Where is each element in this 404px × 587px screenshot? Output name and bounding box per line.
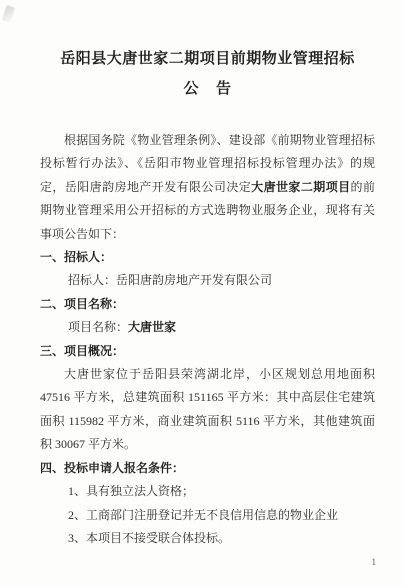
- section-heading-bid-conditions: 四、投标申请人报名条件：: [40, 457, 375, 480]
- bid-condition-item-2: 2、工商部门注册登记并无不良信用信息的物业企业: [40, 504, 375, 527]
- section-project-name: 二、项目名称： 项目名称：大唐世家: [40, 293, 375, 340]
- project-name-value: 大唐世家: [128, 320, 176, 334]
- section-body-bidder: 招标人：岳阳唐韵房地产开发有限公司: [40, 269, 375, 292]
- bid-condition-item-1: 1、具有独立法人资格；: [40, 480, 375, 503]
- scan-artifact: [2, 5, 16, 23]
- project-name-label: 项目名称：: [68, 320, 128, 334]
- intro-project-name-bold: 大唐世家二期项目: [251, 180, 350, 194]
- section-heading-project-overview: 三、项目概况：: [40, 340, 375, 363]
- intro-paragraph: 根据国务院《物业管理条例》、建设部《前期物业管理招标投标暂行办法》、《岳阳市物业…: [40, 129, 375, 246]
- document-content: 岳阳县大唐世家二期项目前期物业管理招标 公 告 根据国务院《物业管理条例》、建设…: [40, 44, 375, 550]
- page-number: 1: [372, 558, 377, 567]
- section-heading-project-name: 二、项目名称：: [40, 293, 375, 316]
- section-body-project-overview: 大唐世家位于岳阳县荣湾湖北岸，小区规划总用地面积 47516 平方米，总建筑面积…: [40, 363, 375, 457]
- bid-condition-item-3: 3、本项目不接受联合体投标。: [40, 527, 375, 550]
- section-bidder: 一、招标人： 招标人：岳阳唐韵房地产开发有限公司: [40, 246, 375, 293]
- section-body-project-name: 项目名称：大唐世家: [40, 316, 375, 339]
- section-bid-conditions: 四、投标申请人报名条件： 1、具有独立法人资格； 2、工商部门注册登记并无不良信…: [40, 457, 375, 551]
- document-page: 岳阳县大唐世家二期项目前期物业管理招标 公 告 根据国务院《物业管理条例》、建设…: [0, 0, 404, 587]
- title-line-2: 公 告: [40, 74, 375, 104]
- title-line-1: 岳阳县大唐世家二期项目前期物业管理招标: [40, 44, 375, 74]
- document-title: 岳阳县大唐世家二期项目前期物业管理招标 公 告: [40, 44, 375, 104]
- section-heading-bidder: 一、招标人：: [40, 246, 375, 269]
- section-project-overview: 三、项目概况： 大唐世家位于岳阳县荣湾湖北岸，小区规划总用地面积 47516 平…: [40, 340, 375, 457]
- document-body: 根据国务院《物业管理条例》、建设部《前期物业管理招标投标暂行办法》、《岳阳市物业…: [40, 129, 375, 550]
